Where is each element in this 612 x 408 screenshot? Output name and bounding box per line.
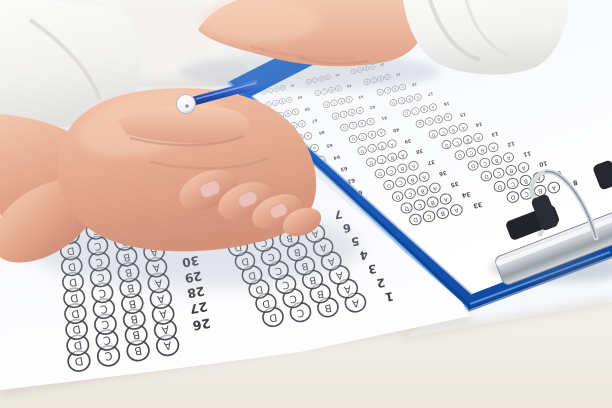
pen-ball-cap <box>177 95 196 114</box>
answer-sheet-photo: DCBA58DCBA33DCBA8DCBA59DCBA34DCBA9DCBA60… <box>0 0 612 408</box>
photo-scene: DCBA58DCBA33DCBA8DCBA59DCBA34DCBA9DCBA60… <box>0 0 612 408</box>
